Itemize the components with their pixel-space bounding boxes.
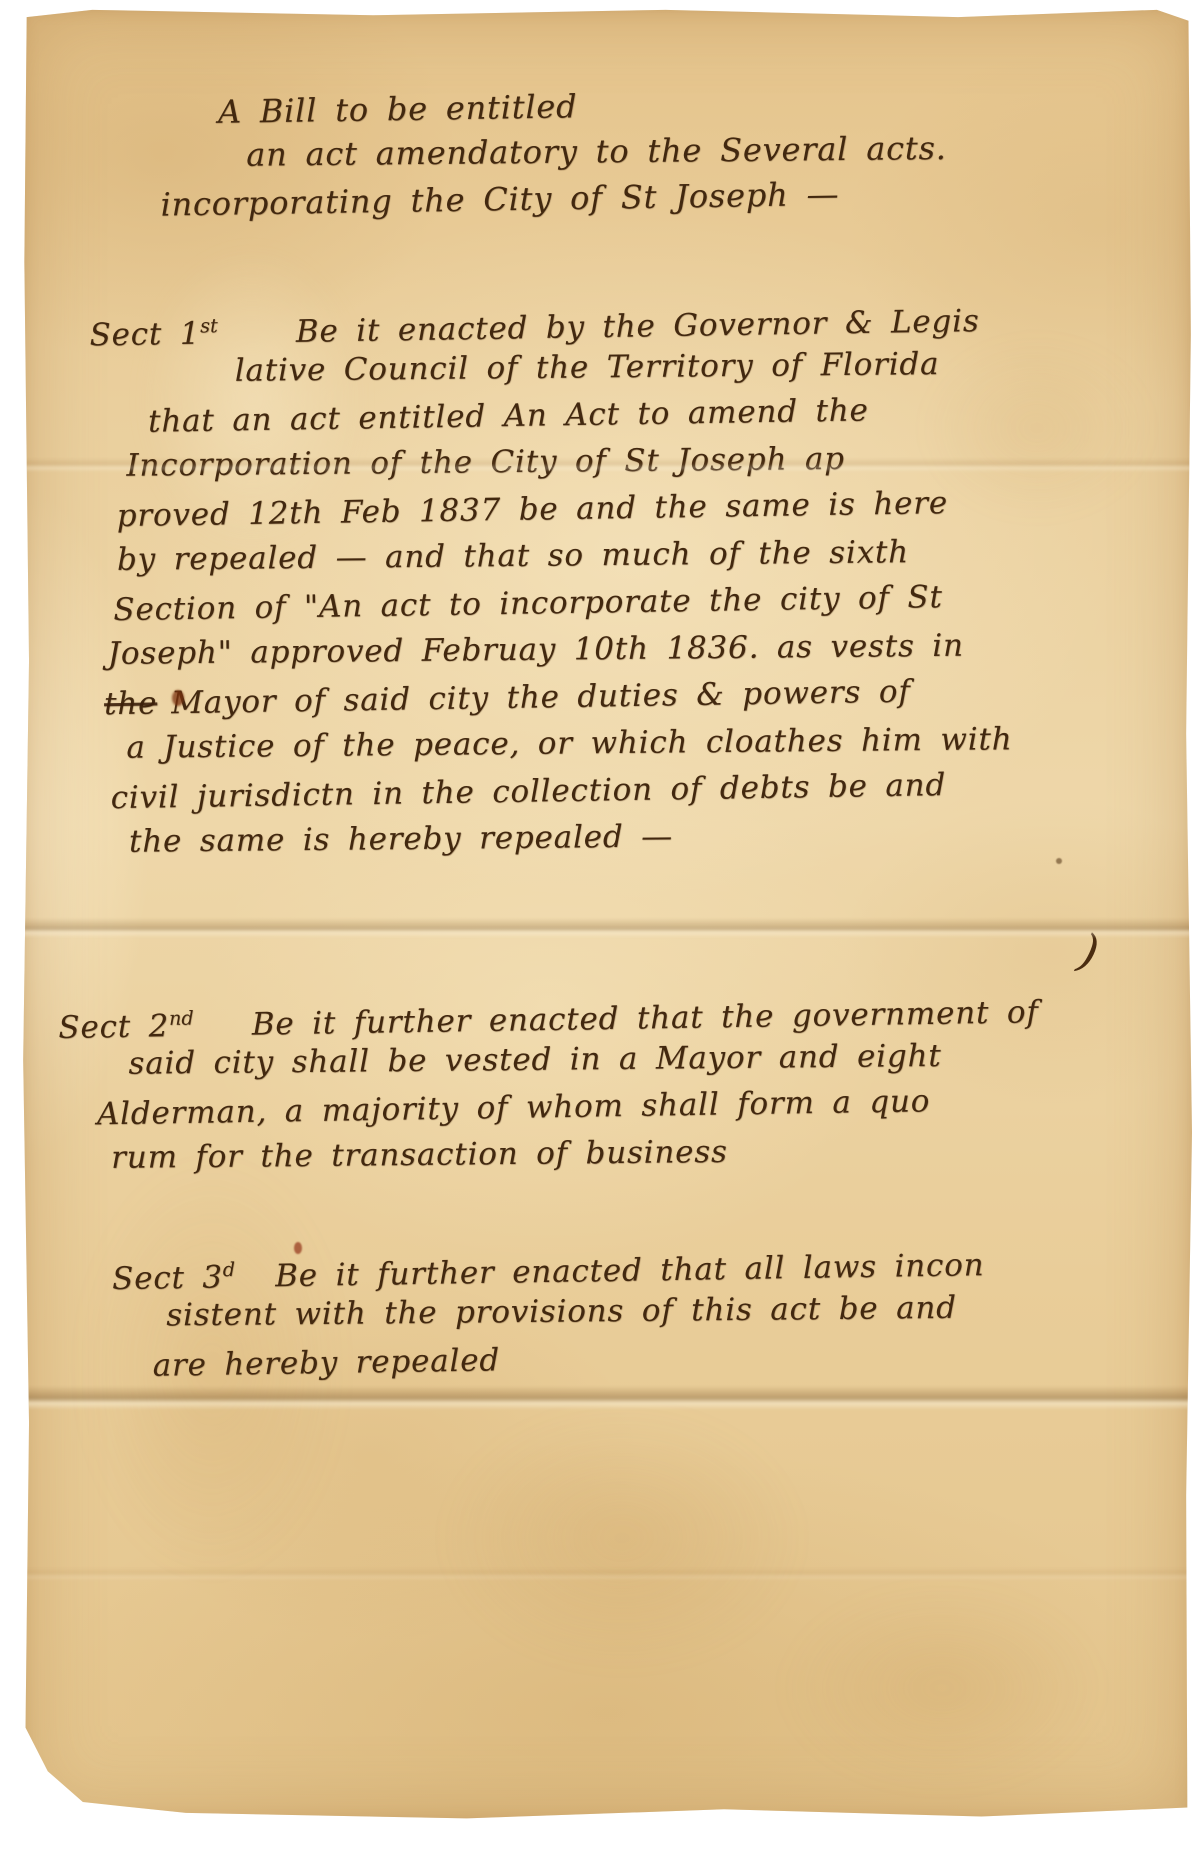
section-3-label-sup: d (223, 1258, 236, 1281)
section-1-label: Sect 1st (89, 304, 218, 357)
manuscript-page: A Bill to be entitled an act amendatory … (22, 8, 1192, 1822)
document-scan: A Bill to be entitled an act amendatory … (0, 0, 1200, 1860)
line-text: Mayor of said city the duties & powers o… (171, 674, 911, 722)
manuscript-line: the same is hereby repealed — (129, 810, 1193, 867)
section-2-label-text: Sect 2 (58, 1008, 169, 1046)
manuscript-line: rum for the transaction of business (111, 1125, 1195, 1182)
fold-crease (22, 1568, 1192, 1580)
section-3: Sect 3d Be it further enacted that all l… (26, 1238, 1197, 1387)
section-2: Sect 2nd Be it further enacted that the … (24, 986, 1195, 1182)
paper-stain (782, 1588, 1102, 1788)
section-1: Sect 1st Be it enacted by the Governor &… (19, 294, 1193, 866)
section-1-label-text: Sect 1 (89, 316, 200, 354)
struck-word: the (104, 685, 158, 722)
title-block: A Bill to be entitled an act amendatory … (18, 80, 1189, 226)
paper-stain (442, 1408, 802, 1668)
manuscript-text: A Bill to be entitled an act amendatory … (17, 4, 1197, 1387)
section-1-label-sup: st (200, 314, 218, 337)
section-2-label-sup: nd (169, 1007, 194, 1030)
section-3-label-text: Sect 3 (112, 1259, 223, 1297)
